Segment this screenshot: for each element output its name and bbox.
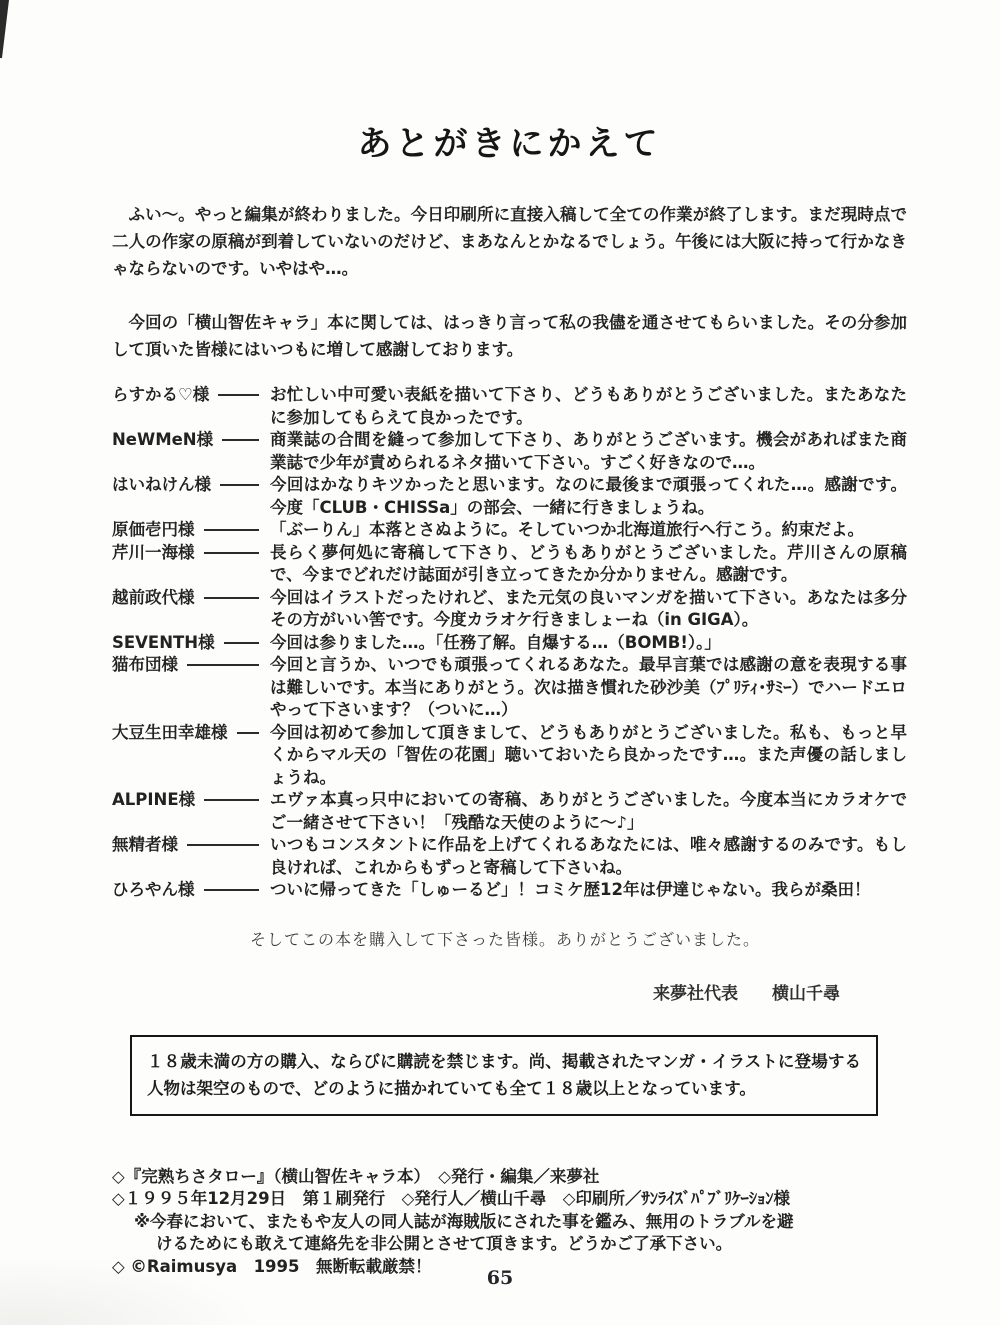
credit-name: 芹川一海様	[112, 542, 195, 565]
credit-comment: お忙しい中可愛い表紙を描いて下さり、どうもありがとうございました。またあなたに参…	[270, 384, 907, 429]
credit-comment: ついに帰ってきた「しゅーるど」！コミケ歴12年は伊達じゃない。我らが桑田！	[270, 879, 907, 902]
intro-paragraph-2: 今回の「横山智佐キャラ」本に関しては、はっきり言って私の我儘を通させてもらいまし…	[112, 309, 907, 363]
credit-row: はいねけん様 今回はかなりキツかったと思います。なのに最後まで頑張ってくれた…。…	[112, 474, 907, 519]
credit-row: NeWMeN様 商業誌の合間を縫って参加して下さり、ありがとうございます。機会が…	[112, 429, 907, 474]
credit-name: ALPINE様	[112, 789, 195, 812]
credit-dash-rule	[237, 732, 260, 734]
page-title: あとがきにかえて	[112, 116, 907, 165]
credit-dash-rule	[220, 484, 259, 486]
credit-comment: いつもコンスタントに作品を上げてくれるあなたには、唯々感謝するのみです。もし良け…	[270, 834, 907, 879]
scan-edge-artifact	[0, 0, 9, 58]
page-content: あとがきにかえて ふい～。やっと編集が終わりました。今日印刷所に直接入稿して全て…	[112, 0, 907, 1278]
credit-row: 越前政代様 今回はイラストだったけれど、また元気の良いマンガを描いて下さい。あな…	[112, 587, 907, 632]
colophon-note-line-1: ※今春において、またもや友人の同人誌が海賊版にされた事を鑑み、無用のトラブルを避	[112, 1211, 907, 1234]
colophon-publication-line: ◇１９９５年12月29日 第１刷発行 ◇発行人／横山千尋 ◇印刷所／ｻﾝﾗｲｽﾞ…	[112, 1188, 907, 1211]
credit-name: 猫布団様	[112, 654, 178, 677]
credit-name: SEVENTH様	[112, 632, 215, 655]
colophon-title-line: ◇『完熟ちさタロー』（横山智佐キャラ本） ◇発行・編集／来夢社	[112, 1166, 907, 1189]
credit-dash-rule	[218, 394, 259, 396]
credit-dash-rule	[204, 799, 259, 801]
credit-dash-rule	[204, 529, 260, 531]
credit-dash-rule	[222, 439, 259, 441]
credit-dash-rule	[224, 642, 259, 644]
credit-name: 越前政代様	[112, 587, 195, 610]
credit-comment: 今回と言うか、いつでも頑張ってくれるあなた。最早言葉では感謝の意を表現する事は難…	[270, 654, 907, 722]
author-signature: 来夢社代表 横山千尋	[112, 979, 907, 1004]
credit-row: 無精者様 いつもコンスタントに作品を上げてくれるあなたには、唯々感謝するのみです…	[112, 834, 907, 879]
credit-comment: 今回は参りました…。「任務了解。自爆する…（BOMB!）。」	[270, 632, 907, 655]
credit-comment: 今回はイラストだったけれど、また元気の良いマンガを描いて下さい。あなたは多分その…	[270, 587, 907, 632]
credit-name: 大豆生田幸雄様	[112, 722, 228, 745]
credit-name: はいねけん様	[112, 474, 211, 497]
credit-row: 猫布団様 今回と言うか、いつでも頑張ってくれるあなた。最早言葉では感謝の意を表現…	[112, 654, 907, 722]
page-number: 65	[0, 1267, 1000, 1289]
credit-name: NeWMeN様	[112, 429, 213, 452]
credit-row: SEVENTH様 今回は参りました…。「任務了解。自爆する…（BOMB!）。」	[112, 632, 907, 655]
age-restriction-notice-box: １８歳未満の方の購入、ならびに購読を禁じます。尚、掲載されたマンガ・イラストに登…	[130, 1035, 878, 1116]
reader-thanks-line: そしてこの本を購入して下さった皆様。ありがとうございました。	[250, 927, 907, 950]
credit-name: ひろやん様	[112, 879, 195, 902]
credits-list: らすかる♡様 お忙しい中可愛い表紙を描いて下さり、どうもありがとうございました。…	[112, 384, 907, 902]
scanned-afterword-page: あとがきにかえて ふい～。やっと編集が終わりました。今日印刷所に直接入稿して全て…	[0, 0, 1000, 1325]
credit-comment: 「ぶーりん」本落とさぬように。そしていつか北海道旅行へ行こう。約束だよ。	[270, 519, 907, 542]
credit-name: らすかる♡様	[112, 384, 209, 407]
credit-row: ALPINE様 エヴァ本真っ只中においての寄稿、ありがとうございました。今度本当…	[112, 789, 907, 834]
credit-name: 原価壱円様	[112, 519, 195, 542]
credit-comment: 今回はかなりキツかったと思います。なのに最後まで頑張ってくれた…。感謝です。今度…	[270, 474, 907, 519]
credit-comment: 商業誌の合間を縫って参加して下さり、ありがとうございます。機会があればまた商業誌…	[270, 429, 907, 474]
credit-dash-rule	[187, 844, 259, 846]
credit-row: 原価壱円様 「ぶーりん」本落とさぬように。そしていつか北海道旅行へ行こう。約束だ…	[112, 519, 907, 542]
credit-dash-rule	[204, 597, 260, 599]
credit-comment: 長らく夢何処に寄稿して下さり、どうもありがとうございました。芹川さんの原稿で、今…	[270, 542, 907, 587]
credit-comment: エヴァ本真っ只中においての寄稿、ありがとうございました。今度本当にカラオケでご一…	[270, 789, 907, 834]
credit-row: ひろやん様 ついに帰ってきた「しゅーるど」！コミケ歴12年は伊達じゃない。我らが…	[112, 879, 907, 902]
credit-comment: 今回は初めて参加して頂きまして、どうもありがとうございました。私も、もっと早くか…	[270, 722, 907, 790]
colophon: ◇『完熟ちさタロー』（横山智佐キャラ本） ◇発行・編集／来夢社 ◇１９９５年12…	[112, 1166, 907, 1279]
credit-row: 大豆生田幸雄様 今回は初めて参加して頂きまして、どうもありがとうございました。私…	[112, 722, 907, 790]
credit-dash-rule	[204, 889, 260, 891]
credit-name: 無精者様	[112, 834, 178, 857]
credit-dash-rule	[204, 552, 260, 554]
intro-paragraph-1: ふい～。やっと編集が終わりました。今日印刷所に直接入稿して全ての作業が終了します…	[112, 201, 907, 282]
colophon-note-line-2: けるためにも敢えて連絡先を非公開とさせて頂きます。どうかご了承下さい。	[112, 1233, 907, 1256]
credit-dash-rule	[187, 664, 259, 666]
credit-row: 芹川一海様 長らく夢何処に寄稿して下さり、どうもありがとうございました。芹川さん…	[112, 542, 907, 587]
credit-row: らすかる♡様 お忙しい中可愛い表紙を描いて下さり、どうもありがとうございました。…	[112, 384, 907, 429]
